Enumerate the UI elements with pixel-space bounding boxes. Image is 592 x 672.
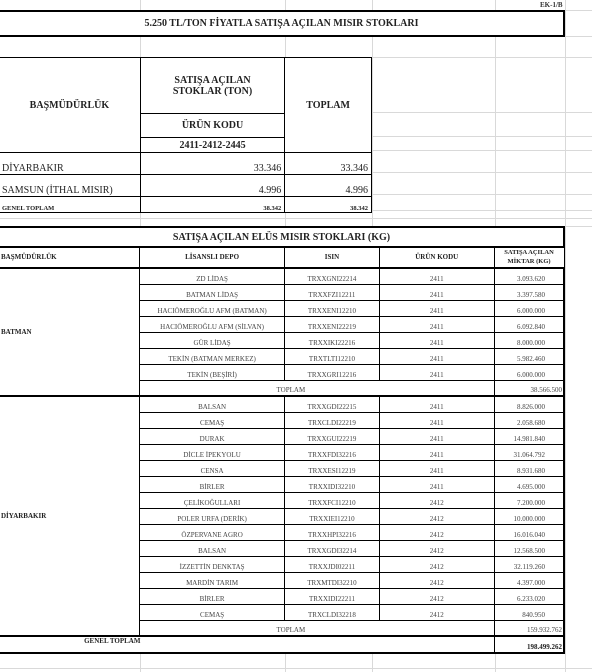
- amount-cell: 10.000.000: [494, 508, 564, 524]
- summary-grand-total-row: GENEL TOPLAM 38.342 38.342: [0, 197, 372, 213]
- warehouse-cell: BALSAN: [140, 396, 285, 412]
- table-row: BATMANZD LİDAŞTRXXGNI2221424113.093.620: [0, 268, 564, 284]
- isin-cell: TRXXIDI32210: [285, 476, 380, 492]
- stocks-cell: 33.346: [140, 153, 284, 175]
- warehouse-cell: DURAK: [140, 428, 285, 444]
- isin-cell: TRXXESI12219: [285, 460, 380, 476]
- product-code-cell: 2411: [379, 364, 494, 380]
- warehouse-cell: TEKİN (BEŞİRİ): [140, 364, 285, 380]
- isin-cell: TRXXIKI22216: [285, 332, 380, 348]
- product-code-cell: 2412: [379, 492, 494, 508]
- warehouse-cell: ÖZPERVANE AGRO: [140, 524, 285, 540]
- summary-row: DİYARBAKIR 33.346 33.346: [0, 153, 372, 175]
- amount-cell: 2.058.680: [494, 412, 564, 428]
- amount-cell: 14.981.840: [494, 428, 564, 444]
- warehouse-cell: CENSA: [140, 460, 285, 476]
- amount-cell: 7.200.000: [494, 492, 564, 508]
- isin-cell: TRXXENI22219: [285, 316, 380, 332]
- isin-cell: TRXXFZI12211: [285, 284, 380, 300]
- isin-cell: TRXXFDI32216: [285, 444, 380, 460]
- summary-row: SAMSUN (İTHAL MISIR) 4.996 4.996: [0, 175, 372, 197]
- amount-cell: 6.000.000: [494, 364, 564, 380]
- product-code-cell: 2411: [379, 332, 494, 348]
- product-code-cell: 2411: [379, 460, 494, 476]
- product-code-cell: 2412: [379, 556, 494, 572]
- group-total-value: 38.566.500: [494, 380, 564, 396]
- product-code-cell: 2412: [379, 572, 494, 588]
- annex-label: EK-1/B: [540, 1, 563, 9]
- isin-cell: TRXCLDI32218: [285, 604, 380, 620]
- header-total: TOPLAM: [285, 58, 372, 153]
- summary-table: BAŞMÜDÜRLÜK SATIŞA AÇILAN STOKLAR (TON) …: [0, 57, 372, 213]
- warehouse-cell: İZZETTİN DENKTAŞ: [140, 556, 285, 572]
- region-cell: DİYARBAKIR: [0, 396, 140, 636]
- product-code-cell: 2412: [379, 508, 494, 524]
- grand-total-total: 38.342: [285, 197, 372, 213]
- amount-cell: 4.695.000: [494, 476, 564, 492]
- product-code-cell: 2411: [379, 348, 494, 364]
- warehouse-cell: BİRLER: [140, 588, 285, 604]
- isin-cell: TRXMTDI32210: [285, 572, 380, 588]
- isin-cell: TRXTLTI12210: [285, 348, 380, 364]
- amount-cell: 16.016.040: [494, 524, 564, 540]
- amount-cell: 840.950: [494, 604, 564, 620]
- gridline: [0, 668, 592, 669]
- isin-cell: TRXXFCI12210: [285, 492, 380, 508]
- amount-cell: 12.568.500: [494, 540, 564, 556]
- warehouse-cell: POLER URFA (DERİK): [140, 508, 285, 524]
- isin-cell: TRXXGDI22215: [285, 396, 380, 412]
- warehouse-cell: CEMAŞ: [140, 412, 285, 428]
- product-code-cell: 2411: [379, 268, 494, 284]
- warehouse-cell: DİCLE İPEKYOLU: [140, 444, 285, 460]
- group-total-label: TOPLAM: [140, 620, 494, 636]
- product-code-cell: 2411: [379, 476, 494, 492]
- product-code-cell: 2411: [379, 412, 494, 428]
- grand-total-label: GENEL TOPLAM: [0, 636, 494, 653]
- warehouse-cell: CEMAŞ: [140, 604, 285, 620]
- amount-cell: 8.931.680: [494, 460, 564, 476]
- grand-total-stocks: 38.342: [140, 197, 284, 213]
- total-cell: 33.346: [285, 153, 372, 175]
- isin-cell: TRXCLDI22219: [285, 412, 380, 428]
- warehouse-cell: HACIÖMEROĞLU AFM (SİLVAN): [140, 316, 285, 332]
- grand-total-value: 198.499.262: [494, 636, 564, 653]
- gridline: [565, 0, 566, 672]
- amount-cell: 5.982.460: [494, 348, 564, 364]
- grand-total-label: GENEL TOPLAM: [0, 197, 140, 213]
- amount-cell: 4.397.000: [494, 572, 564, 588]
- group-total-label: TOPLAM: [140, 380, 494, 396]
- amount-cell: 6.000.000: [494, 300, 564, 316]
- header-region: BAŞMÜDÜRLÜK: [0, 248, 140, 269]
- header-region: BAŞMÜDÜRLÜK: [0, 58, 140, 153]
- header-product-codes: 2411-2412-2445: [140, 138, 284, 153]
- header-product-code: ÜRÜN KODU: [140, 114, 284, 138]
- product-code-cell: 2411: [379, 316, 494, 332]
- product-code-cell: 2412: [379, 588, 494, 604]
- warehouse-cell: MARDİN TARIM: [140, 572, 285, 588]
- warehouse-cell: BALSAN: [140, 540, 285, 556]
- grand-total-row: GENEL TOPLAM198.499.262: [0, 636, 564, 653]
- header-isin: ISIN: [285, 248, 380, 269]
- table-row: DİYARBAKIRBALSANTRXXGDI2221524118.826.00…: [0, 396, 564, 412]
- isin-cell: TRXXGUI22219: [285, 428, 380, 444]
- isin-cell: TRXXGDI32214: [285, 540, 380, 556]
- warehouse-cell: BİRLER: [140, 476, 285, 492]
- region-cell: DİYARBAKIR: [0, 153, 140, 175]
- product-code-cell: 2411: [379, 444, 494, 460]
- total-cell: 4.996: [285, 175, 372, 197]
- gridline: [0, 218, 592, 219]
- isin-cell: TRXXGNI22214: [285, 268, 380, 284]
- isin-cell: TRXXENI12210: [285, 300, 380, 316]
- header-product-code: ÜRÜN KODU: [379, 248, 494, 269]
- detail-table: BAŞMÜDÜRLÜK LİSANSLI DEPO ISIN ÜRÜN KODU…: [0, 247, 565, 654]
- isin-cell: TRXXGRI12216: [285, 364, 380, 380]
- product-code-cell: 2412: [379, 524, 494, 540]
- product-code-cell: 2411: [379, 284, 494, 300]
- warehouse-cell: ÇELİKOĞULLARI: [140, 492, 285, 508]
- product-code-cell: 2412: [379, 540, 494, 556]
- amount-cell: 31.064.792: [494, 444, 564, 460]
- region-cell: BATMAN: [0, 268, 140, 396]
- warehouse-cell: TEKİN (BATMAN MERKEZ): [140, 348, 285, 364]
- header-amount: SATIŞA AÇILAN MİKTAR (KG): [494, 248, 564, 269]
- amount-cell: 32.119.260: [494, 556, 564, 572]
- region-cell: SAMSUN (İTHAL MISIR): [0, 175, 140, 197]
- product-code-cell: 2411: [379, 300, 494, 316]
- isin-cell: TRXXJDI02211: [285, 556, 380, 572]
- amount-cell: 8.826.000: [494, 396, 564, 412]
- amount-cell: 3.397.580: [494, 284, 564, 300]
- main-title: 5.250 TL/TON FİYATLA SATIŞA AÇILAN MISIR…: [0, 10, 565, 37]
- amount-cell: 6.092.840: [494, 316, 564, 332]
- warehouse-cell: HACIÖMEROĞLU AFM (BATMAN): [140, 300, 285, 316]
- warehouse-cell: GÜR LİDAŞ: [140, 332, 285, 348]
- amount-cell: 6.233.020: [494, 588, 564, 604]
- amount-cell: 8.000.000: [494, 332, 564, 348]
- amount-cell: 3.093.620: [494, 268, 564, 284]
- isin-cell: TRXXHPI32216: [285, 524, 380, 540]
- group-total-value: 159.932.762: [494, 620, 564, 636]
- product-code-cell: 2412: [379, 604, 494, 620]
- isin-cell: TRXXIDI22211: [285, 588, 380, 604]
- warehouse-cell: BATMAN LİDAŞ: [140, 284, 285, 300]
- product-code-cell: 2411: [379, 396, 494, 412]
- product-code-cell: 2411: [379, 428, 494, 444]
- header-warehouse: LİSANSLI DEPO: [140, 248, 285, 269]
- header-stocks: SATIŞA AÇILAN STOKLAR (TON): [140, 58, 284, 114]
- isin-cell: TRXXIEI12210: [285, 508, 380, 524]
- warehouse-cell: ZD LİDAŞ: [140, 268, 285, 284]
- stocks-cell: 4.996: [140, 175, 284, 197]
- detail-title: SATIŞA AÇILAN ELÜS MISIR STOKLARI (KG): [0, 226, 565, 248]
